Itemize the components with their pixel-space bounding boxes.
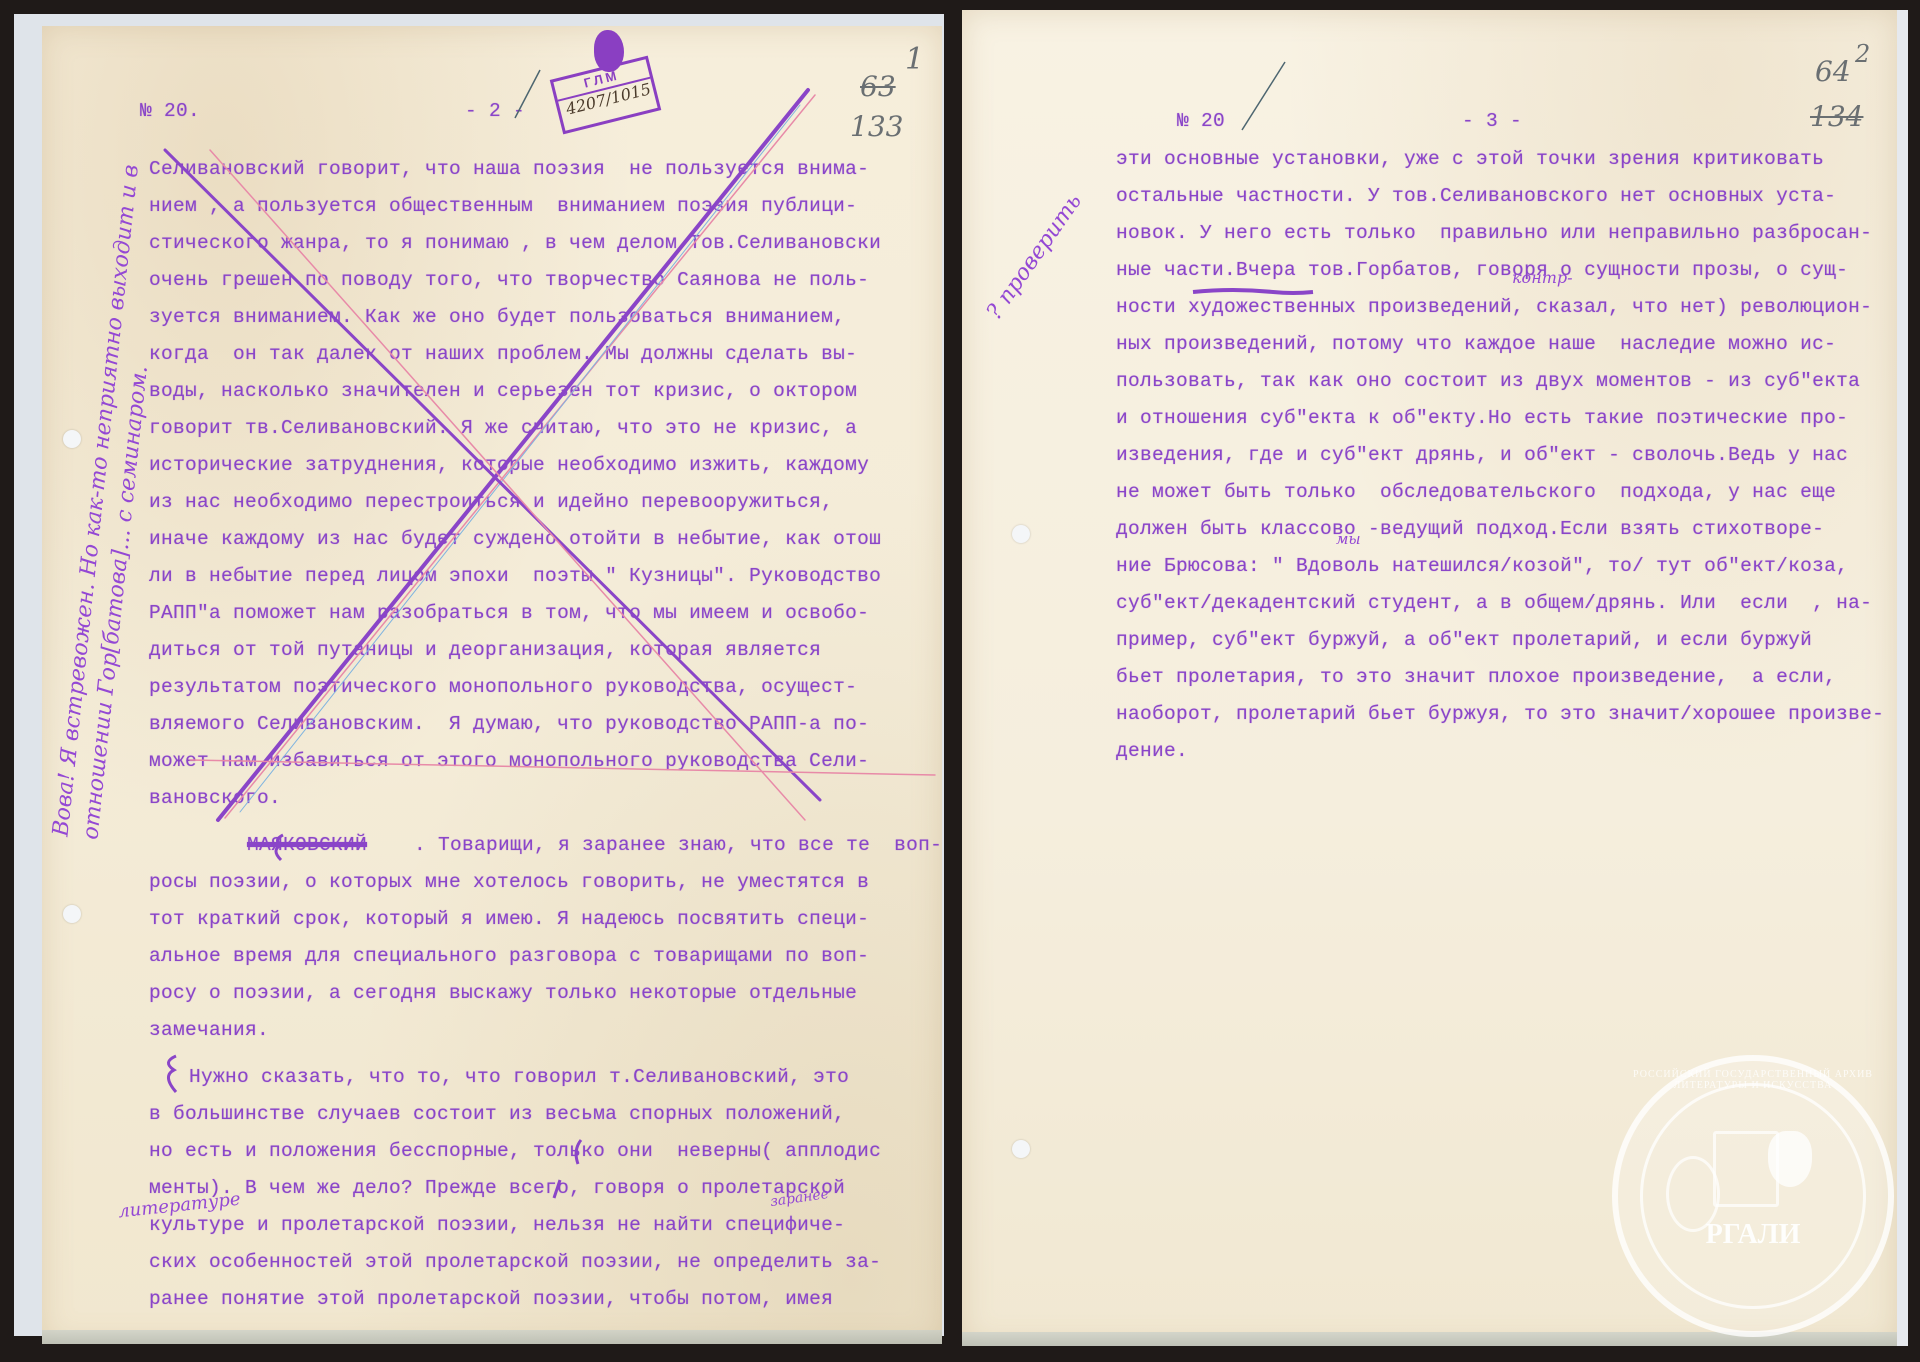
crossing-out-x — [165, 90, 935, 820]
gorbatov-underline — [1193, 290, 1313, 293]
margin-bracket-marks — [168, 835, 581, 1198]
pencil-checkmarks — [515, 62, 1285, 130]
annotation-strokes — [0, 0, 1920, 1362]
